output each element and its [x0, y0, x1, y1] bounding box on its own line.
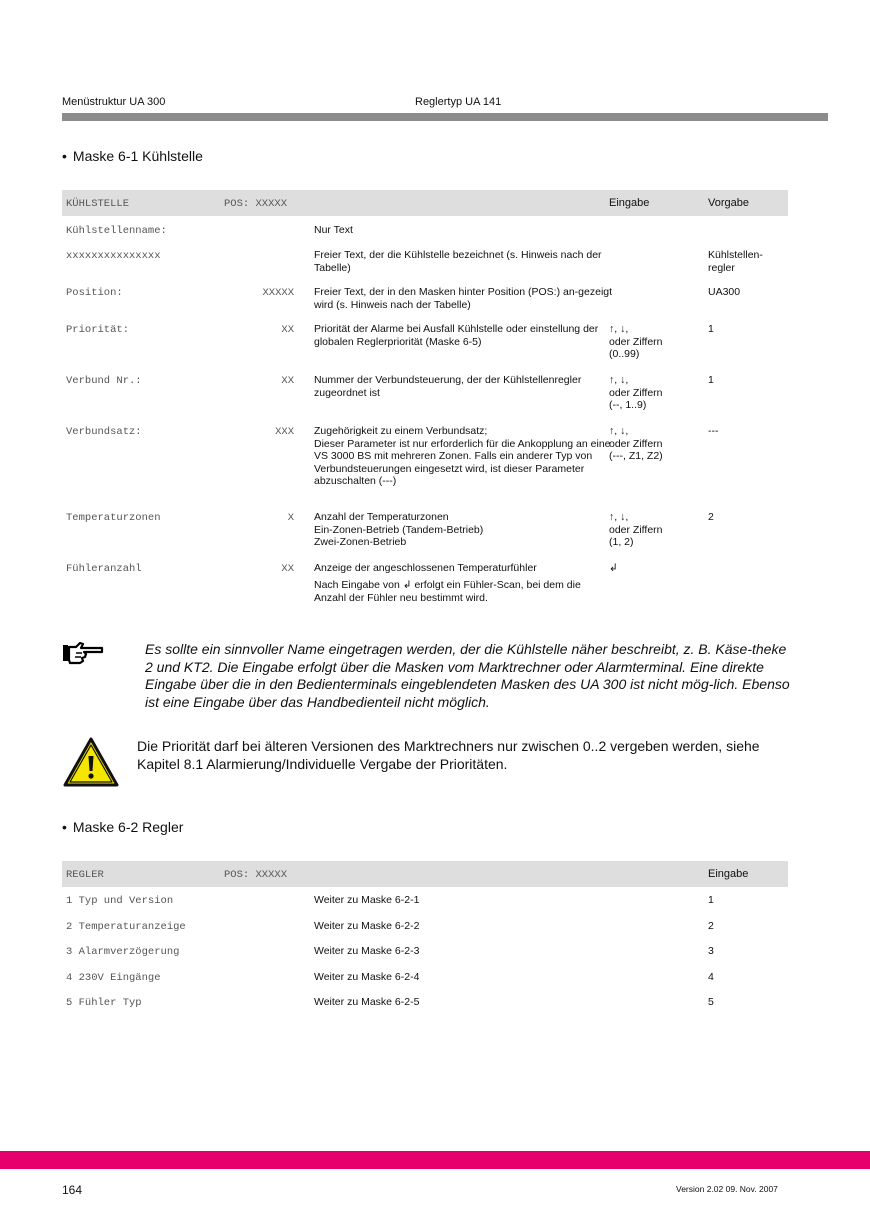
row-description: Freier Text, der die Kühlstelle bezeichn…: [314, 249, 614, 274]
table-header-input: Eingabe: [708, 868, 748, 881]
version-date: Version 2.02 09. Nov. 2007: [676, 1184, 778, 1194]
row-input: 2: [708, 920, 788, 933]
row-description: Zugehörigkeit zu einem Verbundsatz; Dies…: [314, 425, 614, 488]
table-row: Priorität:XXPriorität der Alarme bei Aus…: [62, 323, 788, 374]
table-header-title: REGLER: [66, 869, 104, 881]
row-value: XXXXX: [262, 287, 294, 299]
row-input: ↑, ↓, oder Ziffern (---, Z1, Z2): [609, 425, 699, 463]
table-header: REGLER POS: XXXXX Eingabe: [62, 861, 788, 887]
row-label: 4 230V Eingänge: [66, 972, 161, 984]
table-row: Position:XXXXXFreier Text, der in den Ma…: [62, 286, 788, 323]
row-description: Freier Text, der in den Masken hinter Po…: [314, 286, 614, 311]
bullet: •: [62, 148, 67, 164]
table-header-pos: POS: XXXXX: [224, 869, 287, 881]
header-document-title: Menüstruktur UA 300: [62, 96, 165, 108]
row-input: 5: [708, 996, 788, 1009]
table-header-default: Vorgabe: [708, 197, 749, 210]
row-input: ↲: [609, 562, 699, 575]
section-title-maske-6-2: •Maske 6-2 Regler: [62, 819, 183, 835]
row-label: Kühlstellenname:: [66, 225, 167, 237]
page-number: 164: [62, 1183, 82, 1197]
row-label: Position:: [66, 287, 123, 299]
row-label: Temperaturzonen: [66, 512, 161, 524]
row-link-target: Weiter zu Maske 6-2-2: [314, 920, 614, 933]
table-maske-6-1: KÜHLSTELLE POS: XXXXX Eingabe Vorgabe Kü…: [62, 190, 788, 622]
section-title-text: Maske 6-2 Regler: [73, 819, 184, 835]
row-input: ↑, ↓, oder Ziffern (--, 1..9): [609, 374, 699, 412]
row-value: XX: [281, 324, 294, 336]
row-link-target: Weiter zu Maske 6-2-5: [314, 996, 614, 1009]
row-description: Nur Text: [314, 224, 614, 237]
row-default: 2: [708, 511, 768, 524]
row-link-target: Weiter zu Maske 6-2-3: [314, 945, 614, 958]
pointing-hand-icon: [62, 641, 106, 667]
row-input: 4: [708, 971, 788, 984]
row-description: Priorität der Alarme bei Ausfall Kühlste…: [314, 323, 614, 348]
table-row: 3 AlarmverzögerungWeiter zu Maske 6-2-33: [62, 945, 788, 971]
table-row: xxxxxxxxxxxxxxxFreier Text, der die Kühl…: [62, 249, 788, 286]
row-input: ↑, ↓, oder Ziffern (0..99): [609, 323, 699, 361]
row-default: 1: [708, 323, 768, 336]
row-input: 1: [708, 894, 788, 907]
table-header-pos: POS: XXXXX: [224, 198, 287, 210]
row-description: Anzahl der Temperaturzonen Ein-Zonen-Bet…: [314, 511, 614, 549]
table-header-title: KÜHLSTELLE: [66, 198, 129, 210]
header-divider: [62, 113, 828, 121]
row-value: XX: [281, 375, 294, 387]
warning-triangle-icon: [62, 736, 120, 788]
row-label: 2 Temperaturanzeige: [66, 921, 186, 933]
row-default: 1: [708, 374, 768, 387]
row-description: Anzeige der angeschlossenen Temperaturfü…: [314, 562, 614, 575]
row-value: XXX: [275, 426, 294, 438]
header-controller-type: Reglertyp UA 141: [415, 96, 501, 108]
table-header: KÜHLSTELLE POS: XXXXX Eingabe Vorgabe: [62, 190, 788, 216]
row-label: 5 Fühler Typ: [66, 997, 142, 1009]
row-label: Priorität:: [66, 324, 129, 336]
row-label: Verbundsatz:: [66, 426, 142, 438]
row-default: UA300: [708, 286, 768, 299]
row-label: Verbund Nr.:: [66, 375, 142, 387]
table-maske-6-2: REGLER POS: XXXXX Eingabe 1 Typ und Vers…: [62, 861, 788, 1022]
warning-text: Die Priorität darf bei älteren Versionen…: [137, 738, 797, 773]
table-row: Verbund Nr.:XXNummer der Verbundsteuerun…: [62, 374, 788, 425]
row-default: Kühlstellen-regler: [708, 249, 768, 274]
footer-accent-bar: [0, 1151, 870, 1169]
row-default: ---: [708, 425, 768, 438]
section-title-text: Maske 6-1 Kühlstelle: [73, 148, 203, 164]
row-label: 1 Typ und Version: [66, 895, 173, 907]
table-row: Kühlstellenname:Nur Text: [62, 224, 788, 249]
row-link-target: Weiter zu Maske 6-2-1: [314, 894, 614, 907]
table-row: 2 TemperaturanzeigeWeiter zu Maske 6-2-2…: [62, 920, 788, 946]
row-input: ↑, ↓, oder Ziffern (1, 2): [609, 511, 699, 549]
table-row: 1 Typ und VersionWeiter zu Maske 6-2-11: [62, 894, 788, 920]
row-label: 3 Alarmverzögerung: [66, 946, 179, 958]
bullet: •: [62, 819, 67, 835]
note-text: Es sollte ein sinnvoller Name eingetrage…: [145, 641, 790, 711]
row-label: Fühleranzahl: [66, 563, 142, 575]
table-row: FühleranzahlXXAnzeige der angeschlossene…: [62, 562, 788, 622]
row-description-extra: Nach Eingabe von ↲ erfolgt ein Fühler-Sc…: [314, 579, 614, 604]
row-description: Nummer der Verbundsteuerung, der der Küh…: [314, 374, 614, 399]
table-row: Verbundsatz:XXXZugehörigkeit zu einem Ve…: [62, 425, 788, 511]
table-row: TemperaturzonenXAnzahl der Temperaturzon…: [62, 511, 788, 562]
row-link-target: Weiter zu Maske 6-2-4: [314, 971, 614, 984]
row-label: xxxxxxxxxxxxxxx: [66, 250, 161, 262]
row-value: X: [288, 512, 294, 524]
row-input: 3: [708, 945, 788, 958]
row-value: XX: [281, 563, 294, 575]
table-header-input: Eingabe: [609, 197, 649, 210]
table-row: 5 Fühler TypWeiter zu Maske 6-2-55: [62, 996, 788, 1022]
table-row: 4 230V EingängeWeiter zu Maske 6-2-44: [62, 971, 788, 997]
section-title-maske-6-1: •Maske 6-1 Kühlstelle: [62, 148, 203, 164]
